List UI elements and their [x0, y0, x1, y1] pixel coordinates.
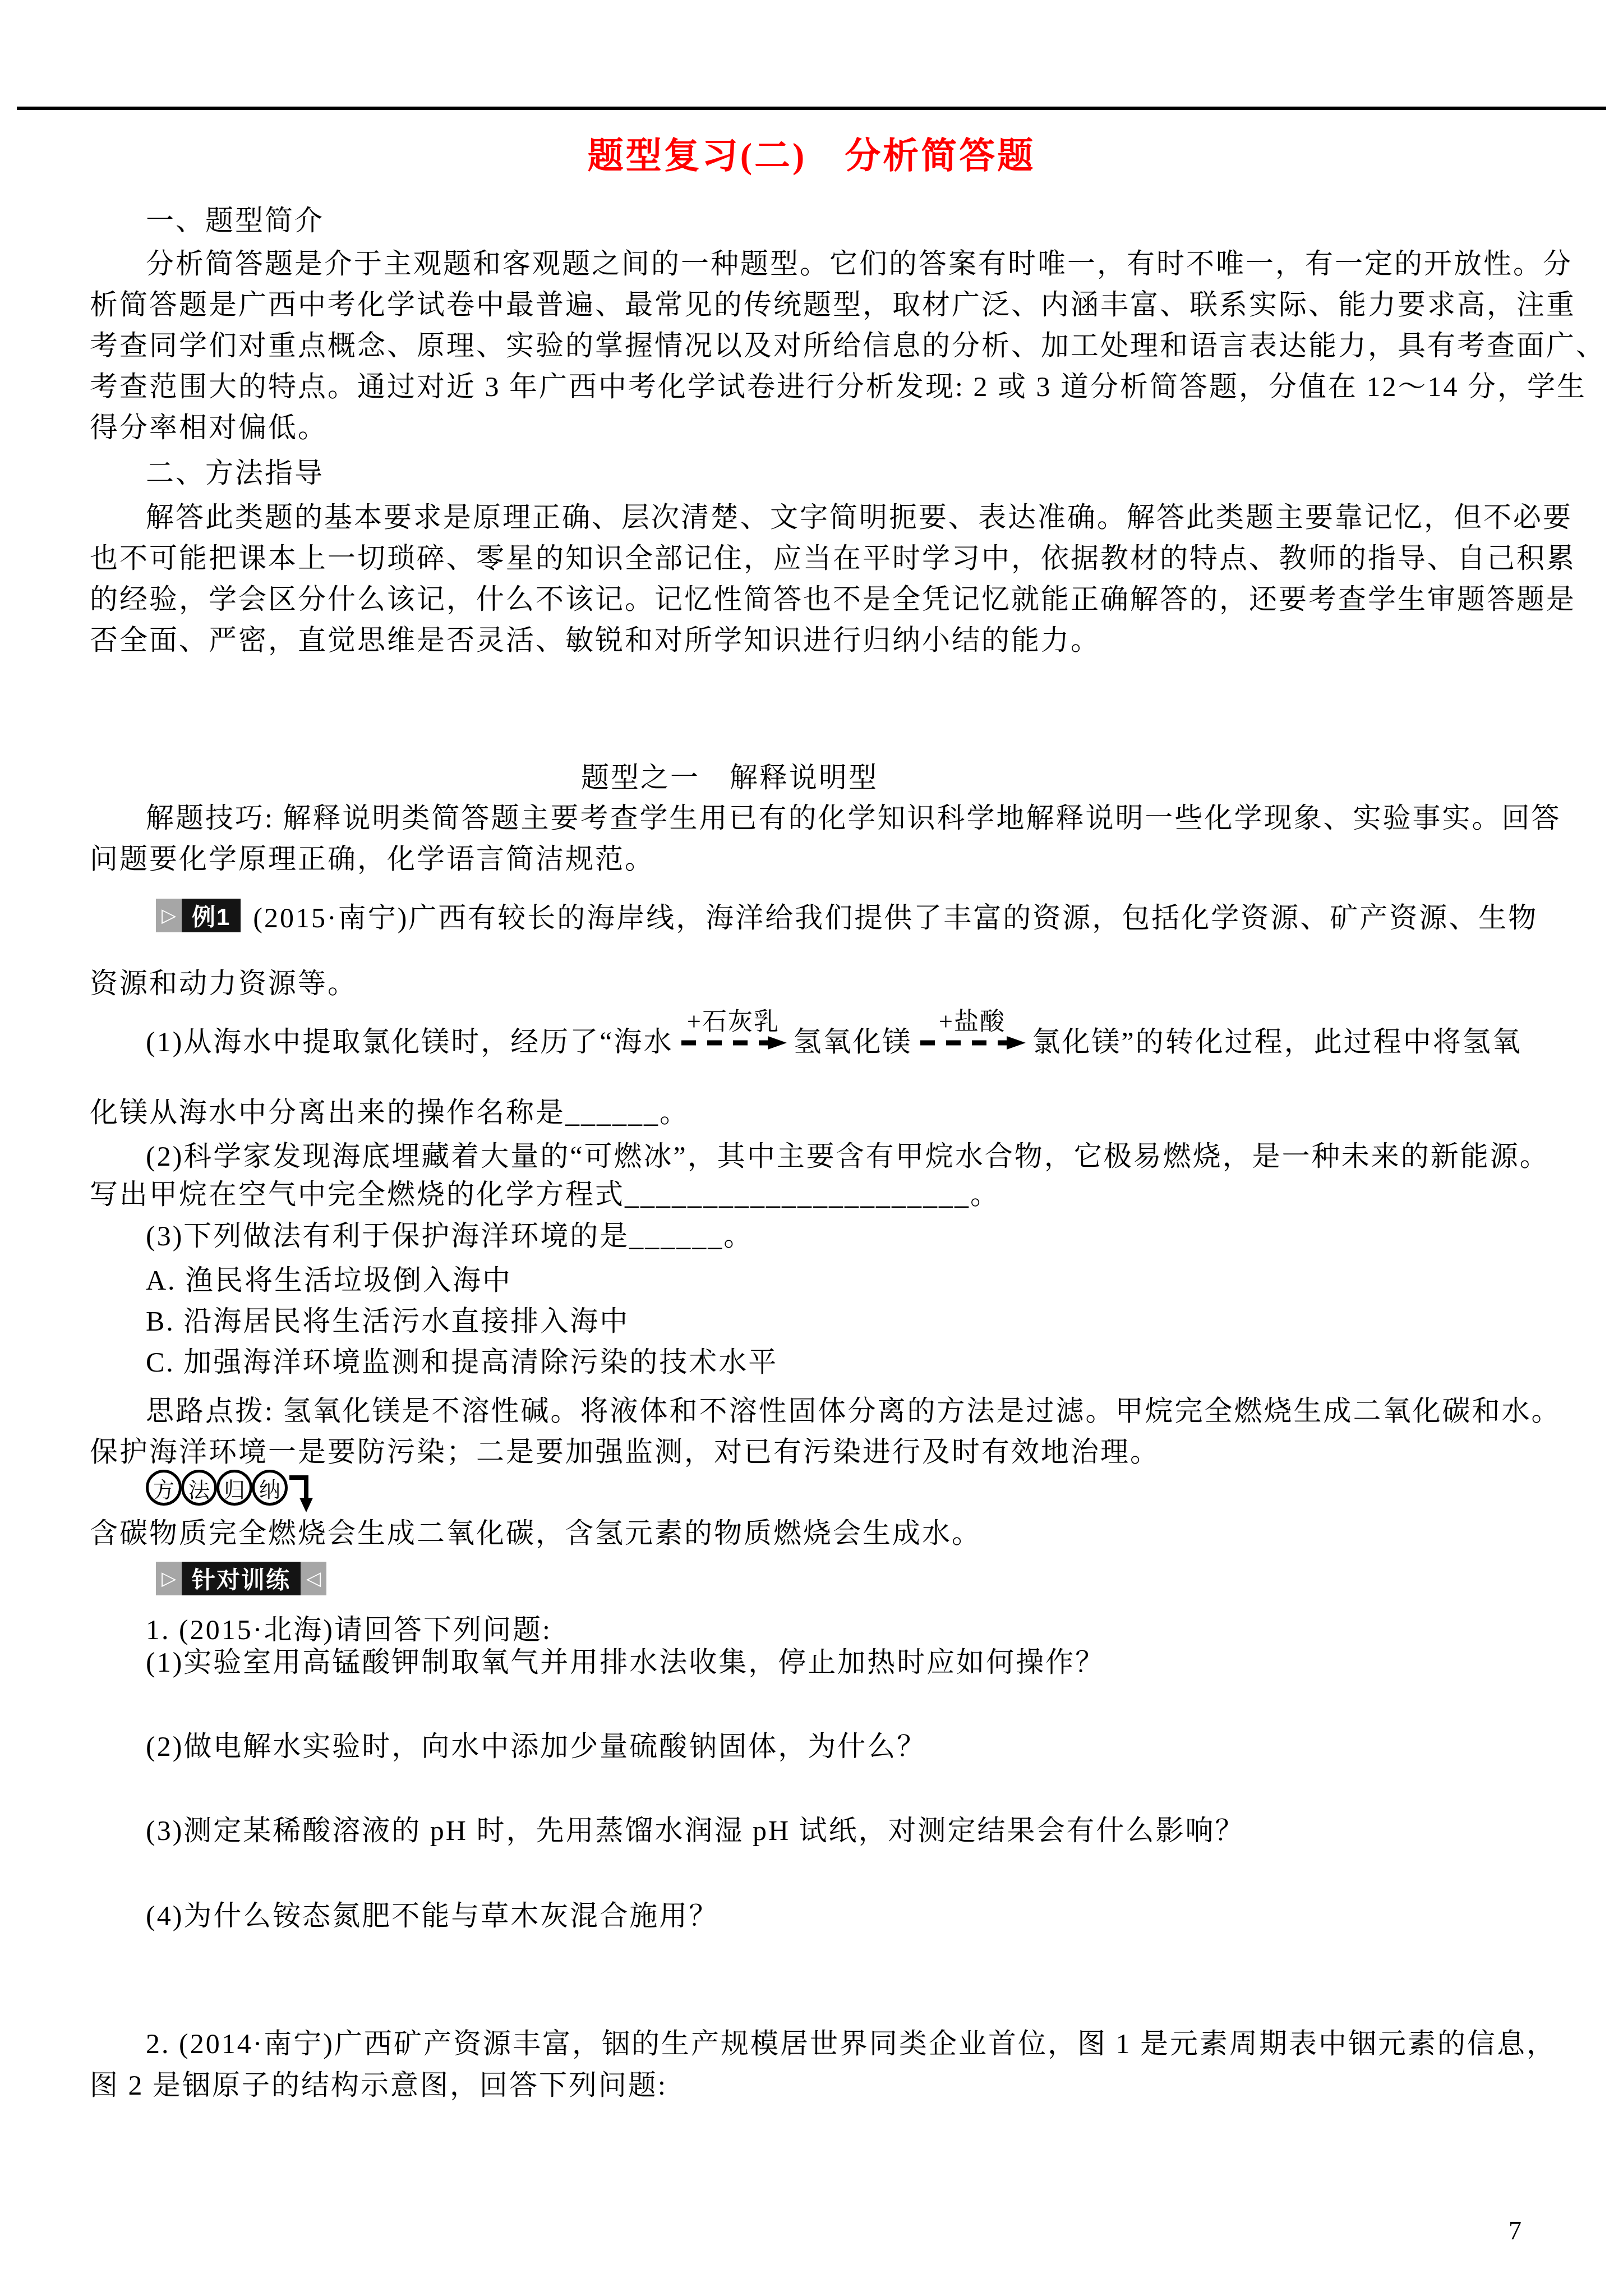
- option-a: A. 渔民将生活垃圾倒入海中: [146, 1260, 778, 1301]
- training-badge-row: ▷ 针对训练 ◁: [156, 1562, 326, 1595]
- training-q1-item1: (1)实验室用高锰酸钾制取氧气并用排水法收集，停止加热时应如何操作？: [146, 1645, 1105, 1680]
- method-paragraph: 解答此类题的基本要求是原理正确、层次清楚、文字简明扼要、表达准确。解答此类题主要…: [90, 497, 1576, 661]
- circled-char: 方: [146, 1470, 182, 1506]
- scheme-text-post: 氯化镁”的转化过程，此过程中将氢氧: [1032, 1025, 1522, 1058]
- circled-char: 纳: [252, 1470, 288, 1506]
- question2-line1: (2)科学家发现海底埋藏着大量的“可燃冰”，其中主要含有甲烷水合物，它极易燃烧，…: [146, 1139, 1550, 1174]
- scheme-text-mid: 氢氧化镁: [794, 1025, 912, 1058]
- paragraph-line: 解题技巧: 解释说明类简答题主要考查学生用已有的化学知识科学地解释说明一些化学现…: [90, 798, 1561, 839]
- section-heading-method: 二、方法指导: [146, 455, 324, 490]
- type1-heading: 题型之一 解释说明型: [581, 755, 878, 795]
- paragraph-line: 的经验，学会区分什么该记，什么不该记。记忆性简答也不是全凭记忆就能正确解答的，还…: [90, 579, 1576, 620]
- training-badge: 针对训练: [182, 1562, 301, 1595]
- paragraph-line: 解答此类题的基本要求是原理正确、层次清楚、文字简明扼要、表达准确。解答此类题主要…: [90, 497, 1576, 538]
- reaction-step: +盐酸: [919, 1009, 1026, 1058]
- option-b: B. 沿海居民将生活污水直接排入海中: [146, 1301, 778, 1342]
- document-page: 题型复习(二) 分析简答题 一、题型简介 分析简答题是介于主观题和客观题之间的一…: [0, 0, 1623, 2296]
- triangle-left-icon: ◁: [301, 1562, 326, 1595]
- paragraph-line: 考查范围大的特点。通过对近 3 年广西中考化学试卷进行分析发现: 2 或 3 道…: [90, 366, 1606, 407]
- training-q2-line1: 2. (2014·南宁)广西矿产资源丰富，铟的生产规模居世界同类企业首位，图 1…: [146, 2026, 1556, 2061]
- reagent-label: +石灰乳: [687, 1009, 780, 1036]
- paragraph-line: 思路点拨: 氢氧化镁是不溶性碱。将液体和不溶性固体分离的方法是过滤。甲烷完全燃烧…: [90, 1391, 1561, 1432]
- paragraph-line: 否全面、严密，直觉思维是否灵活、敏锐和对所学知识进行归纳小结的能力。: [90, 620, 1576, 661]
- example-badge: 例1: [182, 899, 241, 932]
- paragraph-line: 保护海洋环境一是要防污染；二是要加强监测，对已有污染进行及时有效地治理。: [90, 1432, 1561, 1473]
- paragraph-line: 析简答题是广西中考化学试卷中最普遍、最常见的传统题型，取材广泛、内涵丰富、联系实…: [90, 284, 1606, 325]
- scheme-text-pre: (1)从海水中提取氯化镁时，经历了“海水: [146, 1025, 674, 1058]
- page-number: 7: [1509, 2216, 1521, 2246]
- question2-line2: 写出甲烷在空气中完全燃烧的化学方程式______________________…: [90, 1177, 1000, 1212]
- paragraph-line: 问题要化学原理正确，化学语言简洁规范。: [90, 839, 1561, 880]
- page-title: 题型复习(二) 分析简答题: [0, 127, 1623, 178]
- paragraph-line: 得分率相对偏低。: [90, 407, 1606, 448]
- circled-char: 法: [181, 1470, 217, 1506]
- training-q1-item2: (2)做电解水实验时，向水中添加少量硫酸钠固体，为什么？: [146, 1729, 926, 1764]
- paragraph-line: 考查同学们对重点概念、原理、实验的掌握情况以及对所给信息的分析、加工处理和语言表…: [90, 325, 1606, 366]
- example-intro-line: (2015·南宁)广西有较长的海岸线，海洋给我们提供了丰富的资源，包括化学资源、…: [253, 895, 1538, 936]
- option-c: C. 加强海洋环境监测和提高清除污染的技术水平: [146, 1342, 778, 1383]
- play-icon: ▷: [156, 899, 182, 932]
- training-q1-head: 1. (2015·北海)请回答下列问题:: [146, 1612, 552, 1647]
- question1-scheme-line: (1)从海水中提取氯化镁时，经历了“海水 +石灰乳 氢氧化镁 +盐酸 氯化镁”的…: [146, 1009, 1522, 1058]
- options-list: A. 渔民将生活垃圾倒入海中 B. 沿海居民将生活污水直接排入海中 C. 加强海…: [146, 1260, 778, 1383]
- example-intro-line2: 资源和动力资源等。: [90, 966, 357, 1001]
- example-row: ▷ 例1 (2015·南宁)广西有较长的海岸线，海洋给我们提供了丰富的资源，包括…: [156, 895, 1538, 936]
- method-summary-text: 含碳物质完全燃烧会生成二氧化碳，含氢元素的物质燃烧会生成水。: [90, 1516, 981, 1550]
- reaction-arrow-icon: [680, 1036, 787, 1050]
- header-rule: [17, 107, 1606, 110]
- question1-line2: 化镁从海水中分离出来的操作名称是______。: [90, 1095, 689, 1130]
- training-q2-line2: 图 2 是铟原子的结构示意图，回答下列问题:: [90, 2068, 667, 2102]
- paragraph-line: 也不可能把课本上一切琐碎、零星的知识全部记住，应当在平时学习中，依据教材的特点、…: [90, 538, 1576, 579]
- method-summary-badge: 方 法 归 纳: [146, 1470, 319, 1516]
- reaction-arrow-icon: [919, 1036, 1026, 1050]
- reaction-step: +石灰乳: [680, 1009, 787, 1058]
- training-q1-item4: (4)为什么铵态氮肥不能与草木灰混合施用？: [146, 1898, 718, 1933]
- reagent-label: +盐酸: [939, 1009, 1006, 1036]
- triangle-right-icon: ▷: [156, 1562, 182, 1595]
- tips-paragraph: 解题技巧: 解释说明类简答题主要考查学生用已有的化学知识科学地解释说明一些化学现…: [90, 798, 1561, 880]
- question3-line: (3)下列做法有利于保护海洋环境的是______。: [146, 1218, 753, 1253]
- circled-char: 归: [216, 1470, 252, 1506]
- training-q1-item3: (3)测定某稀酸溶液的 pH 时，先用蒸馏水润湿 pH 试纸，对测定结果会有什么…: [146, 1813, 1245, 1848]
- analysis-paragraph: 思路点拨: 氢氧化镁是不溶性碱。将液体和不溶性固体分离的方法是过滤。甲烷完全燃烧…: [90, 1391, 1561, 1473]
- paragraph-line: 分析简答题是介于主观题和客观题之间的一种题型。它们的答案有时唯一，有时不唯一，有…: [90, 243, 1606, 284]
- intro-paragraph: 分析简答题是介于主观题和客观题之间的一种题型。它们的答案有时唯一，有时不唯一，有…: [90, 243, 1606, 448]
- corner-down-arrow-icon: [289, 1471, 319, 1516]
- section-heading-intro: 一、题型简介: [146, 203, 324, 238]
